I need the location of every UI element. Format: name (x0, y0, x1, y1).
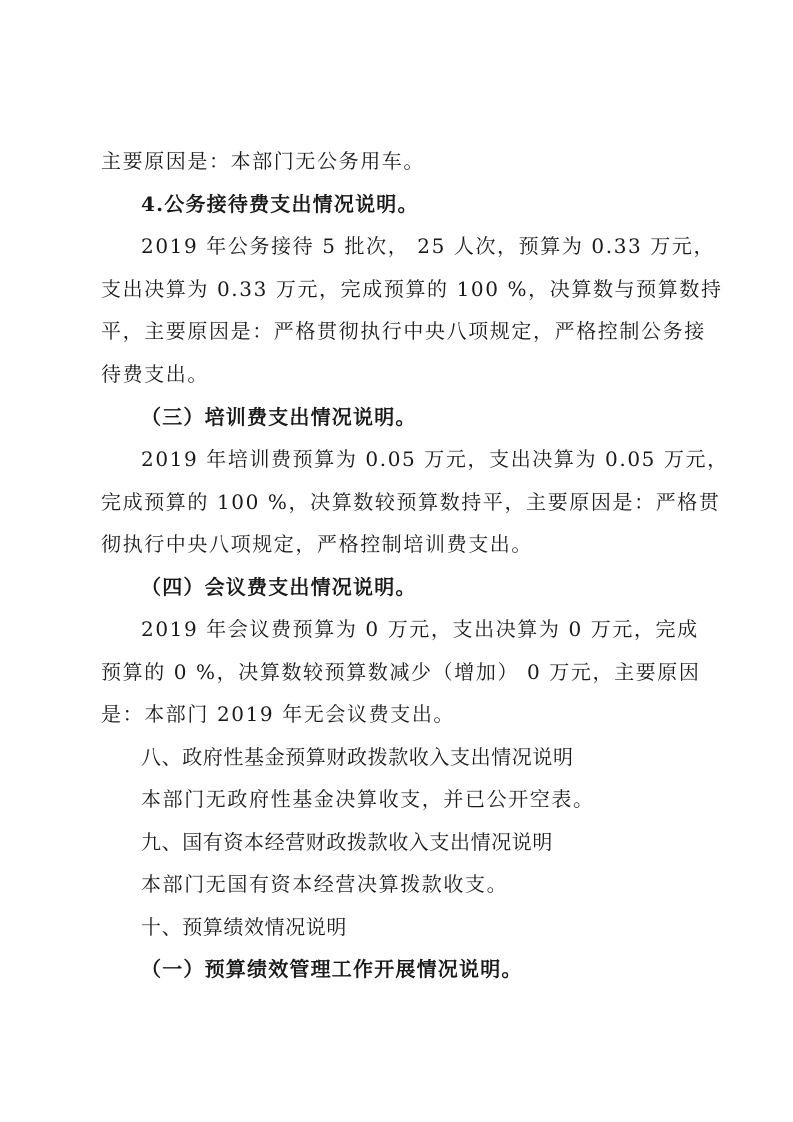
document-page: 主要原因是：本部门无公务用车。 4.公务接待费支出情况说明。 2019 年公务接… (0, 0, 793, 1122)
paragraph-line: 是：本部门 2019 年无会议费支出。 (101, 701, 693, 727)
paragraph-line: 2019 年公务接待 5 批次， 25 人次，预算为 0.33 万元， (141, 233, 693, 259)
paragraph-line: 完成预算的 100 %，决算数较预算数持平，主要原因是：严格贯 (101, 489, 693, 515)
paragraph-line: 2019 年会议费预算为 0 万元，支出决算为 0 万元，完成 (141, 616, 693, 642)
paragraph-line: 2019 年培训费预算为 0.05 万元，支出决算为 0.05 万元， (141, 446, 693, 472)
section-heading-performance-management: （一）预算绩效管理工作开展情况说明。 (141, 956, 693, 982)
section-heading-state-capital: 九、国有资本经营财政拨款收入支出情况说明 (141, 829, 693, 855)
paragraph-line: 彻执行中央八项规定，严格控制培训费支出。 (101, 531, 693, 557)
section-heading-performance: 十、预算绩效情况说明 (141, 914, 693, 940)
section-heading-training-expense: （三）培训费支出情况说明。 (141, 404, 693, 430)
paragraph-line-vehicle-reason: 主要原因是：本部门无公务用车。 (101, 148, 693, 174)
paragraph-line: 预算的 0 %，决算数较预算数减少（增加） 0 万元，主要原因 (101, 659, 693, 685)
section-heading-reception-expense: 4.公务接待费支出情况说明。 (141, 191, 693, 217)
paragraph-line: 支出决算为 0.33 万元，完成预算的 100 %，决算数与预算数持 (101, 276, 693, 302)
section-heading-meeting-expense: （四）会议费支出情况说明。 (141, 574, 693, 600)
paragraph-line: 平，主要原因是：严格贯彻执行中央八项规定，严格控制公务接 (101, 318, 693, 344)
section-heading-government-fund: 八、政府性基金预算财政拨款收入支出情况说明 (141, 744, 693, 770)
paragraph-line: 本部门无国有资本经营决算拨款收支。 (141, 871, 693, 897)
paragraph-line: 待费支出。 (101, 361, 693, 387)
paragraph-line: 本部门无政府性基金决算收支，并已公开空表。 (141, 786, 693, 812)
